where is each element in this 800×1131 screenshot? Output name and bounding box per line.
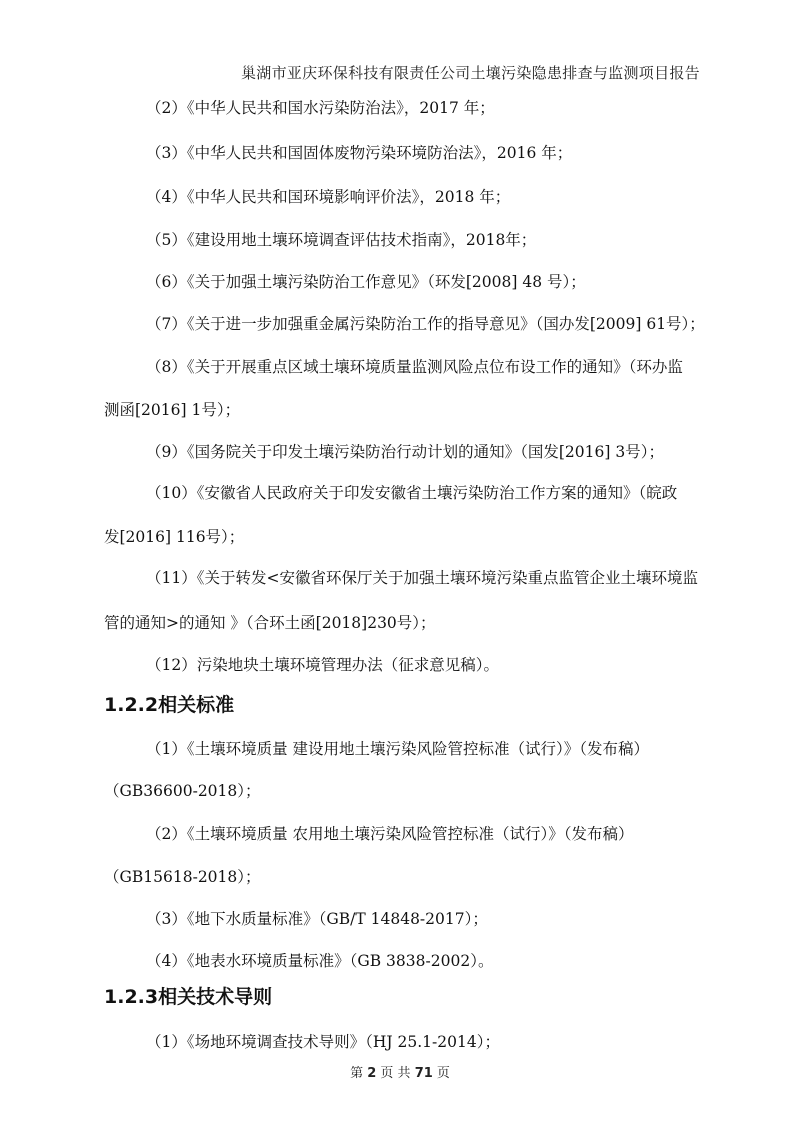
page-footer: 第 2 页 共 71 页	[0, 1062, 800, 1081]
list-item-continuation: （GB36600-2018）；	[104, 779, 261, 801]
list-item: （8）《关于开展重点区域土壤环境质量监测风险点位布设工作的通知》（环办监	[146, 355, 683, 377]
list-item: （2）《土壤环境质量 农用地土壤污染风险管控标准（试行）》（发布稿）	[146, 822, 634, 844]
list-item: （1）《场地环境调查技术导则》（HJ 25.1-2014）；	[146, 1030, 500, 1052]
list-item-continuation: 管的通知>的通知 》（合环土函[2018]230号）；	[104, 611, 436, 633]
list-item: （6）《关于加强土壤污染防治工作意见》（环发[2008] 48 号）；	[146, 270, 586, 292]
list-item: （4）《地表水环境质量标准》（GB 3838-2002）。	[146, 949, 493, 971]
running-header: 巢湖市亚庆环保科技有限责任公司土壤污染隐患排查与监测项目报告	[241, 62, 700, 83]
total-pages: 71	[415, 1066, 433, 1081]
list-item: （7）《关于进一步加强重金属污染防治工作的指导意见》（国办发[2009] 61号…	[146, 312, 705, 334]
list-item: （10）《安徽省人民政府关于印发安徽省土壤污染防治工作方案的通知》（皖政	[146, 481, 677, 503]
list-item: （2）《中华人民共和国水污染防治法》，2017 年；	[146, 96, 495, 118]
section-heading-1-2-2: 1.2.2相关标准	[104, 690, 234, 717]
list-item: （11）《关于转发<安徽省环保厅关于加强土壤环境污染重点监管企业土壤环境监	[146, 566, 698, 588]
list-item-continuation: 发[2016] 116号）；	[104, 525, 244, 547]
list-item-continuation: 测函[2016] 1号）；	[104, 398, 240, 420]
list-item-continuation: （GB15618-2018）；	[104, 865, 261, 887]
footer-mid: 页 共	[380, 1066, 410, 1081]
list-item: （5）《建设用地土壤环境调查评估技术指南》，2018年；	[146, 228, 536, 250]
list-item: （9）《国务院关于印发土壤污染防治行动计划的通知》（国发[2016] 3号）；	[146, 440, 664, 462]
list-item: （1）《土壤环境质量 建设用地土壤污染风险管控标准（试行）》（发布稿）	[146, 737, 649, 759]
page-number: 2	[367, 1066, 376, 1081]
list-item: （3）《中华人民共和国固体废物污染环境防治法》，2016 年；	[146, 141, 572, 163]
list-item: （3）《地下水质量标准》（GB/T 14848-2017）；	[146, 907, 488, 929]
footer-suffix: 页	[437, 1066, 450, 1081]
list-item: （12）污染地块土壤环境管理办法（征求意见稿）。	[146, 653, 499, 675]
footer-prefix: 第	[350, 1066, 363, 1081]
section-heading-1-2-3: 1.2.3相关技术导则	[104, 982, 272, 1009]
list-item: （4）《中华人民共和国环境影响评价法》，2018 年；	[146, 185, 510, 207]
